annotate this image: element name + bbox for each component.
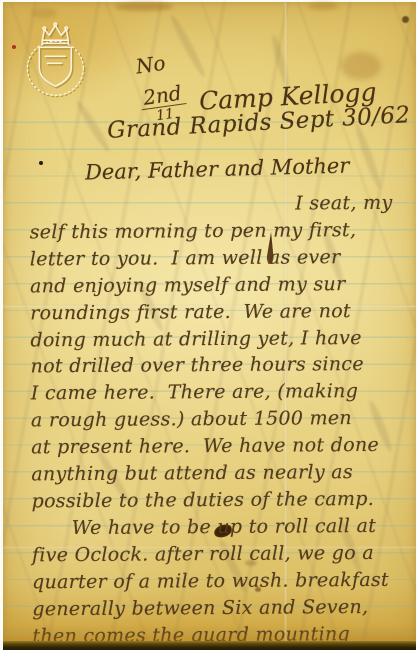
letter-line: a rough guess.) about 1500 men xyxy=(31,405,408,435)
letter-line: five Oclock. after roll call, we go a xyxy=(32,539,409,569)
letter-line: We have to be up to roll call at xyxy=(32,513,409,543)
red-mark xyxy=(12,45,16,49)
paper-stain xyxy=(341,52,381,80)
paper-stain xyxy=(308,2,338,10)
letter-paper: No 2nd11 Camp Kellogg Grand Rapids Sept … xyxy=(3,2,416,650)
letter-line: anything but attend as nearly as xyxy=(31,459,408,489)
letter-line: generally between Six and Seven, xyxy=(32,593,409,623)
letter-line: self this morning to pen my first, xyxy=(30,217,407,247)
letter-line: I came here. There are, (making xyxy=(31,378,408,408)
embossed-crest-seal-icon xyxy=(21,20,91,100)
letter-line: not drilled over three hours since xyxy=(31,351,408,381)
letter-body: I seat, my self this morning to pen my f… xyxy=(29,190,409,650)
letter-photo: No 2nd11 Camp Kellogg Grand Rapids Sept … xyxy=(0,0,417,650)
letter-line: doing much at drilling yet, I have xyxy=(30,324,407,354)
annotation-word: No xyxy=(134,51,167,79)
letter-line: at present here. We have not done xyxy=(31,432,408,462)
letter-line: I seat, my xyxy=(29,190,406,220)
paper-stain xyxy=(31,8,57,18)
letter-line: quarter of a mile to wash. breakfast xyxy=(32,566,409,596)
paper-speck xyxy=(402,16,409,23)
letter-line: possible to the duties of the camp. xyxy=(31,486,408,516)
letter-line: letter to you. I am well as ever xyxy=(30,244,407,274)
letter-line: and enjoying myself and my sur xyxy=(30,270,407,300)
page-bottom-edge xyxy=(3,641,416,650)
page-edge-shadow xyxy=(3,625,416,641)
paper-stain xyxy=(115,2,173,11)
ink-speck xyxy=(39,161,43,165)
letter-line: roundings first rate. We are not xyxy=(30,297,407,327)
